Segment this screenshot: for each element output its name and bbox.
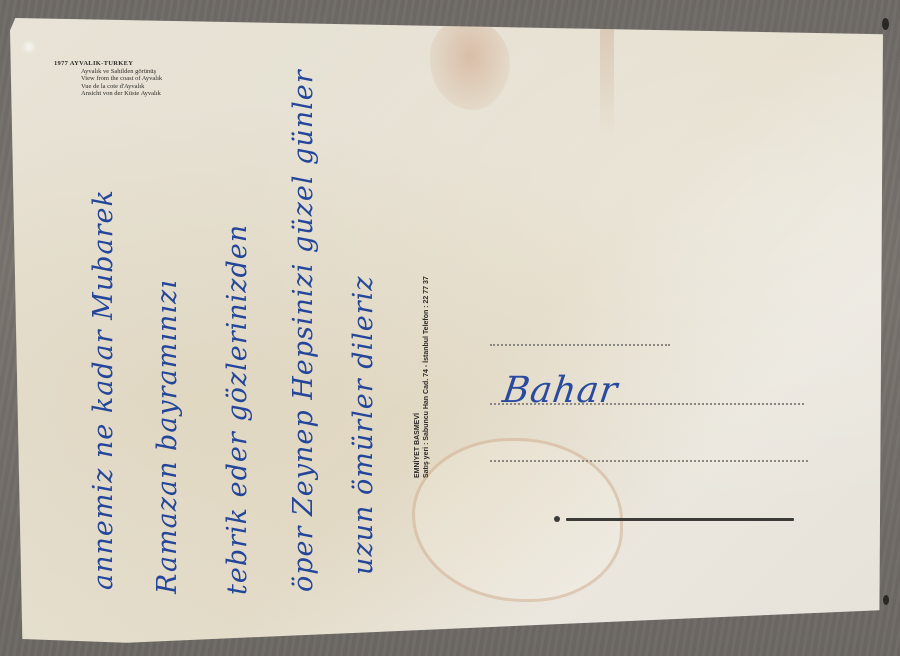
publisher-name: EMNİYET BASMEVİ <box>414 276 423 478</box>
caption-line: Vue de la cote d'Ayvalık <box>54 83 162 91</box>
publisher-address: Satış yeri : Sabuncu Han Cad. 74 - İstan… <box>423 276 432 478</box>
postcard-caption: 1977 AYVALIK-TURKEY Ayvalık ve Sahilden … <box>54 60 162 98</box>
caption-line: Ansicht von der Küste Ayvalık <box>54 90 162 98</box>
caption-title: 1977 AYVALIK-TURKEY <box>54 60 162 68</box>
caption-line: View from the coast of Ayvalık <box>54 75 162 83</box>
corner-mark <box>883 595 889 605</box>
handwritten-line: tebrik eder gözlerinizden <box>222 224 253 595</box>
publisher-imprint: EMNİYET BASMEVİ Satış yeri : Sabuncu Han… <box>414 276 431 478</box>
corner-wear <box>24 42 34 52</box>
handwritten-line: Ramazan bayramınızı <box>152 279 183 594</box>
postcard <box>10 18 890 644</box>
handwritten-line: annemiz ne kadar Mubarek <box>88 189 119 590</box>
address-line <box>490 460 808 462</box>
handwritten-line: uzun ömürler dileriz <box>348 275 379 575</box>
recipient-name: Bahar <box>500 370 621 411</box>
address-line <box>490 344 670 346</box>
address-bullet <box>554 516 560 522</box>
caption-line: Ayvalık ve Sahilden görünüş <box>54 68 162 76</box>
corner-mark <box>882 18 889 30</box>
address-line-solid <box>566 518 794 521</box>
handwritten-line: öper Zeynep Hepsinizi güzel günler <box>288 69 319 592</box>
stain-streak <box>600 18 614 138</box>
